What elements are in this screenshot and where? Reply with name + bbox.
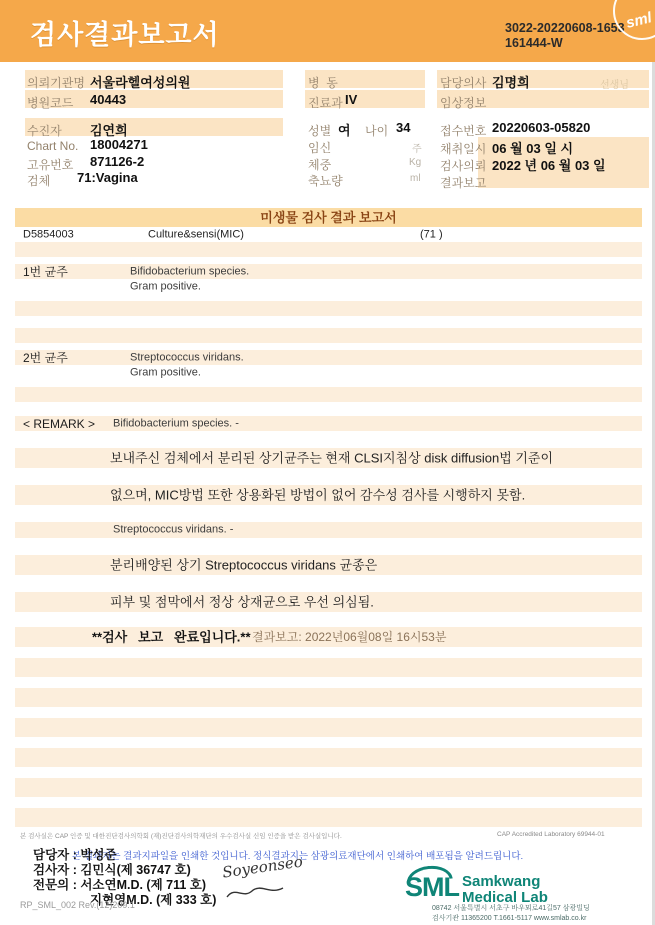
company-contact: 검사기관 11365200 T.1661-5117 www.smlab.co.k… [432,913,586,923]
result-row: < REMARK >Bifidobacterium species. - [15,416,642,431]
specimen-label: 검체 [27,172,50,189]
result-row [15,737,642,748]
hospital-code-value: 40443 [90,92,126,107]
specimen-ref: (71 ) [420,230,443,241]
row-text: Bifidobacterium species. - [113,418,239,429]
collected-label: 채취일시 [440,140,486,157]
result-row [15,257,642,264]
chart-no-label: Chart No. [27,139,78,153]
company-name: Samkwang Medical Lab [462,874,548,906]
sml-logo-text: SML [405,872,459,903]
result-row [15,658,642,677]
lab-report-page: 검사결과보고서 3022-20220608-1653 161444-W sml … [0,0,655,925]
completion-text: **검사 보고 완료입니다.** [92,631,251,644]
result-row [15,468,642,485]
row-text: 피부 및 점막에서 정상 상재균으로 우선 의심됨. [110,596,374,609]
doctor-honorific: 선생님 [600,76,629,91]
uid-value: 871126-2 [90,154,144,169]
report-number-2: 161444-W [505,36,625,51]
report-header: 검사결과보고서 3022-20220608-1653 161444-W sml [0,0,655,62]
result-row [15,402,642,416]
result-row: 보내주신 검체에서 분리된 상기균주는 현재 CLSI지침상 disk diff… [15,448,642,468]
report-datetime: 결과보고: 2022년06월08일 16시53분 [252,631,446,643]
ward-label: 병 동 [308,74,338,91]
result-row [15,688,642,707]
specimen-value: 71:Vagina [77,170,138,185]
result-row: D5854003Culture&sensi(MIC)(71 ) [15,228,642,242]
result-row [15,242,642,257]
org-value: 서울라헬여성의원 [90,72,190,91]
result-row [15,343,642,350]
section-title: 미생물 검사 결과 보고서 [15,208,642,227]
result-row: 피부 및 점막에서 정상 상재균으로 우선 의심됨. [15,592,642,612]
report-number-1: 3022-20220608-1653 [505,21,625,36]
result-row [15,431,642,448]
result-row: Gram positive. [15,279,642,294]
result-row [15,294,642,301]
result-row [15,380,642,387]
result-rows: D5854003Culture&sensi(MIC)(71 )1번 균주Bifi… [15,228,642,827]
requested-value: 2022 년 06 월 03 일 [492,155,606,174]
urine-label: 축뇨량 [308,172,343,189]
accreditation-note: 본 검사실은 CAP 인증 및 대한진단검사의학회 (재)진단검사의학재단의 우… [20,831,342,840]
org-label: 의뢰기관명 [27,74,85,91]
clinical-info-label: 임상정보 [440,94,486,111]
result-row: 없으며, MIC방법 또한 상용화된 방법이 없어 감수성 검사를 시행하지 못… [15,485,642,505]
result-row: **검사 보고 완료입니다.**결과보고: 2022년06월08일 16시53분 [15,627,642,647]
company-address: 08742 서울특별시 서초구 바우뫼로41길57 삼광빌딩 [432,903,590,913]
dept-label: 진료과 [308,94,343,111]
result-row: 1번 균주Bifidobacterium species. [15,264,642,279]
result-row [15,767,642,778]
signature-scribble [225,884,289,902]
pregnancy-label: 임신 [308,139,331,156]
row-label: 1번 균주 [23,266,68,278]
row-text: 보내주신 검체에서 분리된 상기균주는 현재 CLSI지침상 disk diff… [110,452,553,465]
result-row [15,707,642,718]
row-text: Bifidobacterium species. [130,266,249,277]
receipt-no-value: 20220603-05820 [492,120,590,135]
chart-no-value: 18004271 [90,137,148,152]
hospital-code-label: 병원코드 [27,94,73,111]
row-label: 2번 균주 [23,352,68,364]
uid-label: 고유번호 [27,156,73,173]
patient-label: 수진자 [27,122,62,139]
document-code: RP_SML_002 Rev.(12)209.1 [20,900,135,910]
specialist-label: 전문의 : [33,878,80,892]
urine-unit: ml [410,173,421,184]
result-row [15,778,642,797]
age-value: 34 [396,120,410,135]
result-row [15,575,642,592]
row-text: Gram positive. [130,281,201,292]
weight-label: 체중 [308,156,331,173]
doctor-label: 담당의사 [440,74,486,91]
result-row [15,538,642,555]
result-row [15,748,642,767]
result-row [15,808,642,827]
result-row [15,387,642,402]
test-code: D5854003 [23,230,74,241]
dept-value: IV [345,92,357,107]
requested-label: 검사의뢰 [440,157,486,174]
company-name-line1: Samkwang [462,874,548,890]
sml-logo-text: sml [624,9,653,32]
result-row [15,612,642,627]
field-bar [25,118,283,136]
age-label: 나이 [365,122,388,139]
reported-label: 결과보고 [440,174,486,191]
receipt-no-label: 접수번호 [440,122,486,139]
cap-accreditation-label: CAP Accredited Laboratory 69944-01 [497,831,605,838]
result-row [15,505,642,522]
report-numbers: 3022-20220608-1653 161444-W [505,21,625,51]
result-row: Streptococcus viridans. - [15,522,642,538]
result-row: 분리배양된 상기 Streptococcus viridans 균종은 [15,555,642,575]
row-text: 분리배양된 상기 Streptococcus viridans 균종은 [110,559,377,572]
result-row [15,797,642,808]
result-row: Gram positive. [15,365,642,380]
result-row: 2번 균주Streptococcus viridans. [15,350,642,365]
result-row [15,328,642,343]
pregnancy-unit: 주 [412,140,422,155]
row-text: Gram positive. [130,367,201,378]
row-text: Streptococcus viridans. [130,352,244,363]
test-name: Culture&sensi(MIC) [148,230,244,241]
weight-unit: Kg [409,157,421,168]
result-row [15,677,642,688]
doctor-name: 김명희 [492,72,530,91]
row-text: 없으며, MIC방법 또한 상용화된 방법이 없어 감수성 검사를 시행하지 못… [110,489,525,502]
sex-value: 여 [338,120,351,139]
page-title: 검사결과보고서 [30,13,220,52]
result-row [15,647,642,658]
result-row [15,301,642,316]
result-row [15,316,642,328]
row-label: < REMARK > [23,418,95,430]
result-row [15,718,642,737]
sex-label: 성별 [308,122,331,139]
row-text: Streptococcus viridans. - [113,525,233,536]
